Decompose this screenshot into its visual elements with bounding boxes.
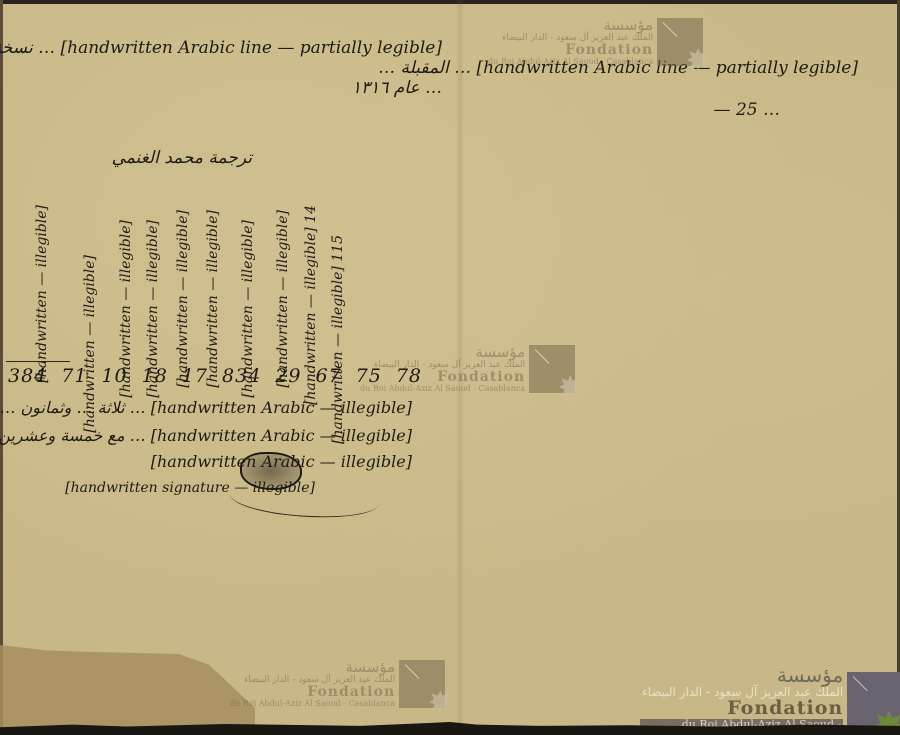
- number-cell: 67: [315, 365, 341, 387]
- vertical-column: [handwritten — illegible]: [275, 210, 291, 388]
- number-cell: 17: [182, 365, 208, 387]
- watermark: مؤسسة الملك عبد العزيز آل سعود - الدار ا…: [360, 345, 575, 393]
- left-header-line-2: … عام ١٣١٦: [242, 78, 442, 98]
- watermark-arabic-title: مؤسسة: [360, 345, 525, 361]
- left-header-line-1: [handwritten Arabic line — partially leg…: [2, 38, 442, 58]
- foundation-logo-icon: [529, 345, 575, 393]
- scan-left-edge: [0, 0, 3, 735]
- closing-signature: [handwritten signature — illegible]: [65, 480, 315, 496]
- manuscript-sheet: [handwritten Arabic line — partially leg…: [0, 0, 900, 735]
- watermark-french-subtitle: du Roi Abdul-Aziz Al Saoud - Casablanca: [488, 58, 653, 66]
- vertical-column: [handwritten — illegible]: [34, 205, 50, 383]
- number-cell: 384: [8, 365, 47, 387]
- number-cell: 71: [61, 365, 87, 387]
- ink-stroke: [6, 361, 70, 362]
- watermark-french-subtitle: du Roi Abdul-Aziz Al Saoud - Casablanca: [230, 700, 395, 708]
- foundation-logo-icon: [399, 660, 445, 708]
- scan-top-edge: [0, 0, 900, 4]
- vertical-column: [handwritten — illegible]: [175, 210, 191, 388]
- watermark: مؤسسة الملك عبد العزيز آل سعود - الدار ا…: [488, 18, 703, 66]
- watermark-arabic-title: مؤسسة: [488, 18, 653, 34]
- number-cell: 18: [142, 365, 168, 387]
- watermark-arabic-title: مؤسسة: [640, 665, 843, 686]
- water-stain: [0, 645, 255, 735]
- translator-signature: ترجمة محمد الغنمي: [112, 148, 252, 168]
- watermark: مؤسسة الملك عبد العزيز آل سعود - الدار ا…: [230, 660, 445, 708]
- watermark-french-title: Fondation: [640, 699, 843, 719]
- paragraph-line: [handwritten Arabic — illegible]: [0, 452, 412, 471]
- paragraph-line: [handwritten Arabic — illegible] … مع خم…: [0, 426, 412, 445]
- number-cell: 834: [222, 365, 261, 387]
- right-line-2: … 25 —: [480, 100, 780, 120]
- watermark-french-title: Fondation: [230, 685, 395, 700]
- number-cell: 29: [275, 365, 301, 387]
- vertical-column: [handwritten — illegible]: [205, 210, 221, 388]
- watermark-french-subtitle: du Roi Abdul-Aziz Al Saoud - Casablanca: [360, 385, 525, 393]
- watermark-main: مؤسسة الملك عبد العزيز آل سعود - الدار ا…: [640, 665, 900, 735]
- watermark-french-title: Fondation: [488, 43, 653, 58]
- number-cell: 10: [101, 365, 127, 387]
- foundation-logo-icon: [657, 18, 703, 66]
- paragraph-line: [handwritten Arabic — illegible] … ثلاثة…: [0, 398, 412, 417]
- watermark-french-title: Fondation: [360, 370, 525, 385]
- watermark-arabic-title: مؤسسة: [230, 660, 395, 676]
- foundation-logo-icon: [847, 672, 900, 734]
